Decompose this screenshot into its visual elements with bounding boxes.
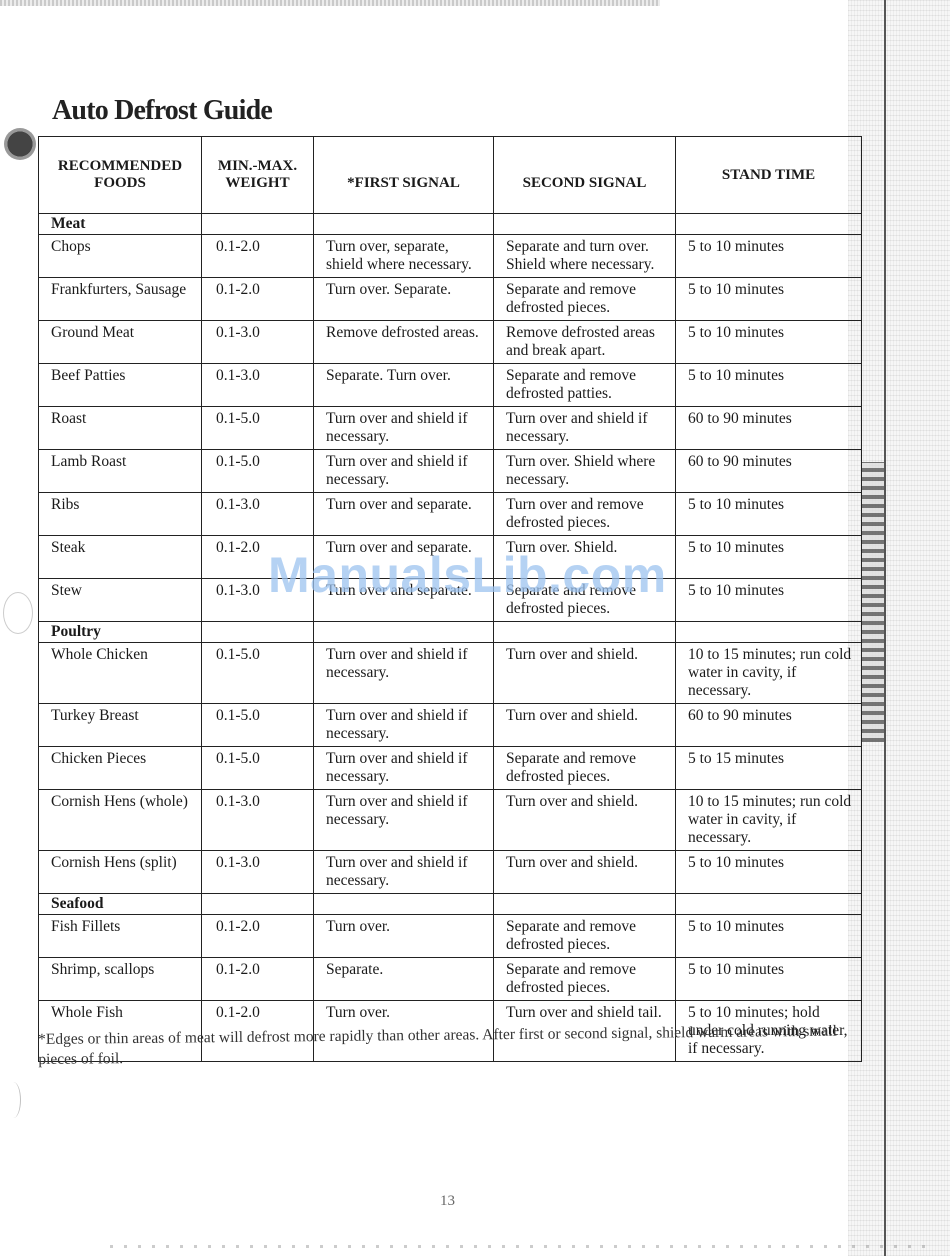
- food-cell: Whole Chicken: [39, 643, 202, 704]
- second-signal-cell: Turn over and remove defrosted pieces.: [494, 493, 676, 536]
- table-row: Chicken Pieces0.1-5.0Turn over and shiel…: [39, 747, 862, 790]
- second-signal-cell: Turn over and shield.: [494, 790, 676, 851]
- stand-time-cell: 5 to 10 minutes: [676, 579, 862, 622]
- stand-time-cell: 60 to 90 minutes: [676, 407, 862, 450]
- table-row: Beef Patties0.1-3.0Separate. Turn over.S…: [39, 364, 862, 407]
- second-signal-cell: Separate and remove defrosted patties.: [494, 364, 676, 407]
- second-signal-cell: Turn over and shield.: [494, 851, 676, 894]
- empty-cell: [202, 622, 314, 643]
- food-cell: Shrimp, scallops: [39, 958, 202, 1001]
- first-signal-cell: Turn over and separate.: [314, 579, 494, 622]
- stand-time-cell: 10 to 15 minutes; run cold water in cavi…: [676, 790, 862, 851]
- second-signal-cell: Separate and remove defrosted pieces.: [494, 278, 676, 321]
- table-row: Cornish Hens (split)0.1-3.0Turn over and…: [39, 851, 862, 894]
- scan-mark: [6, 1082, 21, 1118]
- table-row: Whole Chicken0.1-5.0Turn over and shield…: [39, 643, 862, 704]
- table-row: Ground Meat0.1-3.0Remove defrosted areas…: [39, 321, 862, 364]
- stand-time-cell: 5 to 10 minutes: [676, 321, 862, 364]
- stand-time-cell: 5 to 10 minutes: [676, 493, 862, 536]
- first-signal-cell: Turn over and shield if necessary.: [314, 851, 494, 894]
- weight-cell: 0.1-3.0: [202, 790, 314, 851]
- weight-cell: 0.1-2.0: [202, 915, 314, 958]
- table-row: Roast0.1-5.0Turn over and shield if nece…: [39, 407, 862, 450]
- weight-cell: 0.1-2.0: [202, 958, 314, 1001]
- category-label: Meat: [39, 214, 202, 235]
- column-header-weight: MIN.-MAX. WEIGHT: [202, 137, 314, 214]
- empty-cell: [202, 214, 314, 235]
- stand-time-cell: 10 to 15 minutes; run cold water in cavi…: [676, 643, 862, 704]
- weight-cell: 0.1-3.0: [202, 321, 314, 364]
- second-signal-cell: Turn over. Shield.: [494, 536, 676, 579]
- weight-cell: 0.1-5.0: [202, 747, 314, 790]
- weight-cell: 0.1-3.0: [202, 364, 314, 407]
- first-signal-cell: Turn over and shield if necessary.: [314, 747, 494, 790]
- stand-time-cell: 5 to 10 minutes: [676, 278, 862, 321]
- food-cell: Lamb Roast: [39, 450, 202, 493]
- scan-bleed-margin: [848, 0, 950, 1256]
- food-cell: Ribs: [39, 493, 202, 536]
- weight-cell: 0.1-5.0: [202, 450, 314, 493]
- first-signal-cell: Turn over and shield if necessary.: [314, 790, 494, 851]
- category-row: Seafood: [39, 894, 862, 915]
- table-row: Ribs0.1-3.0Turn over and separate.Turn o…: [39, 493, 862, 536]
- first-signal-cell: Separate. Turn over.: [314, 364, 494, 407]
- category-label: Poultry: [39, 622, 202, 643]
- stand-time-cell: 5 to 10 minutes: [676, 958, 862, 1001]
- food-cell: Beef Patties: [39, 364, 202, 407]
- first-signal-cell: Turn over and separate.: [314, 493, 494, 536]
- empty-cell: [202, 894, 314, 915]
- stand-time-cell: 5 to 10 minutes: [676, 915, 862, 958]
- empty-cell: [314, 214, 494, 235]
- binder-hole-icon: [4, 128, 36, 160]
- weight-cell: 0.1-3.0: [202, 579, 314, 622]
- category-row: Poultry: [39, 622, 862, 643]
- food-cell: Steak: [39, 536, 202, 579]
- stand-time-cell: 5 to 10 minutes: [676, 536, 862, 579]
- food-cell: Cornish Hens (split): [39, 851, 202, 894]
- food-cell: Chops: [39, 235, 202, 278]
- second-signal-cell: Separate and remove defrosted pieces.: [494, 915, 676, 958]
- first-signal-cell: Turn over and shield if necessary.: [314, 450, 494, 493]
- first-signal-cell: Turn over and shield if necessary.: [314, 407, 494, 450]
- first-signal-cell: Turn over and separate.: [314, 536, 494, 579]
- first-signal-cell: Turn over. Separate.: [314, 278, 494, 321]
- empty-cell: [494, 214, 676, 235]
- second-signal-cell: Turn over. Shield where necessary.: [494, 450, 676, 493]
- stand-time-cell: 5 to 10 minutes: [676, 364, 862, 407]
- column-header-stand-time: STAND TIME: [676, 137, 862, 214]
- scan-mark: [3, 592, 33, 634]
- weight-cell: 0.1-2.0: [202, 278, 314, 321]
- first-signal-cell: Turn over, separate, shield where necess…: [314, 235, 494, 278]
- weight-cell: 0.1-5.0: [202, 643, 314, 704]
- defrost-guide-table: RECOMMENDED FOODS MIN.-MAX. WEIGHT *FIRS…: [38, 136, 862, 1062]
- category-row: Meat: [39, 214, 862, 235]
- table-row: Frankfurters, Sausage0.1-2.0Turn over. S…: [39, 278, 862, 321]
- food-cell: Roast: [39, 407, 202, 450]
- empty-cell: [314, 894, 494, 915]
- table-row: Stew0.1-3.0Turn over and separate.Separa…: [39, 579, 862, 622]
- second-signal-cell: Separate and remove defrosted pieces.: [494, 747, 676, 790]
- scan-bleed-pattern: [862, 462, 884, 742]
- stand-time-cell: 60 to 90 minutes: [676, 704, 862, 747]
- stand-time-cell: 5 to 10 minutes: [676, 851, 862, 894]
- page-title: Auto Defrost Guide: [52, 95, 272, 127]
- empty-cell: [676, 622, 862, 643]
- empty-cell: [676, 894, 862, 915]
- scan-top-edge: [0, 0, 660, 6]
- weight-cell: 0.1-3.0: [202, 851, 314, 894]
- second-signal-cell: Separate and remove defrosted pieces.: [494, 579, 676, 622]
- stand-time-cell: 5 to 15 minutes: [676, 747, 862, 790]
- footnote: *Edges or thin areas of meat will defros…: [38, 1021, 868, 1070]
- weight-cell: 0.1-3.0: [202, 493, 314, 536]
- empty-cell: [676, 214, 862, 235]
- weight-cell: 0.1-5.0: [202, 407, 314, 450]
- page-edge-line: [884, 0, 886, 1256]
- category-label: Seafood: [39, 894, 202, 915]
- food-cell: Fish Fillets: [39, 915, 202, 958]
- column-header-first-signal: *FIRST SIGNAL: [314, 137, 494, 214]
- table-row: Fish Fillets0.1-2.0Turn over.Separate an…: [39, 915, 862, 958]
- table-row: Steak0.1-2.0Turn over and separate.Turn …: [39, 536, 862, 579]
- table-body: MeatChops0.1-2.0Turn over, separate, shi…: [39, 214, 862, 1062]
- column-header-second-signal: SECOND SIGNAL: [494, 137, 676, 214]
- food-cell: Turkey Breast: [39, 704, 202, 747]
- empty-cell: [494, 622, 676, 643]
- stand-time-cell: 5 to 10 minutes: [676, 235, 862, 278]
- food-cell: Stew: [39, 579, 202, 622]
- second-signal-cell: Turn over and shield if necessary.: [494, 407, 676, 450]
- weight-cell: 0.1-2.0: [202, 235, 314, 278]
- column-header-foods: RECOMMENDED FOODS: [39, 137, 202, 214]
- first-signal-cell: Turn over and shield if necessary.: [314, 643, 494, 704]
- food-cell: Ground Meat: [39, 321, 202, 364]
- table-row: Turkey Breast0.1-5.0Turn over and shield…: [39, 704, 862, 747]
- weight-cell: 0.1-2.0: [202, 536, 314, 579]
- food-cell: Cornish Hens (whole): [39, 790, 202, 851]
- first-signal-cell: Turn over and shield if necessary.: [314, 704, 494, 747]
- empty-cell: [494, 894, 676, 915]
- first-signal-cell: Turn over.: [314, 915, 494, 958]
- table-row: Lamb Roast0.1-5.0Turn over and shield if…: [39, 450, 862, 493]
- table-row: Cornish Hens (whole)0.1-3.0Turn over and…: [39, 790, 862, 851]
- food-cell: Frankfurters, Sausage: [39, 278, 202, 321]
- second-signal-cell: Separate and remove defrosted pieces.: [494, 958, 676, 1001]
- table-row: Chops0.1-2.0Turn over, separate, shield …: [39, 235, 862, 278]
- table-row: Shrimp, scallops0.1-2.0Separate.Separate…: [39, 958, 862, 1001]
- table-header-row: RECOMMENDED FOODS MIN.-MAX. WEIGHT *FIRS…: [39, 137, 862, 214]
- second-signal-cell: Remove defrosted areas and break apart.: [494, 321, 676, 364]
- stand-time-cell: 60 to 90 minutes: [676, 450, 862, 493]
- first-signal-cell: Remove defrosted areas.: [314, 321, 494, 364]
- food-cell: Chicken Pieces: [39, 747, 202, 790]
- weight-cell: 0.1-5.0: [202, 704, 314, 747]
- second-signal-cell: Turn over and shield.: [494, 643, 676, 704]
- first-signal-cell: Separate.: [314, 958, 494, 1001]
- second-signal-cell: Separate and turn over. Shield where nec…: [494, 235, 676, 278]
- page-number: 13: [440, 1193, 455, 1210]
- second-signal-cell: Turn over and shield.: [494, 704, 676, 747]
- empty-cell: [314, 622, 494, 643]
- scan-bottom-edge: [110, 1245, 930, 1248]
